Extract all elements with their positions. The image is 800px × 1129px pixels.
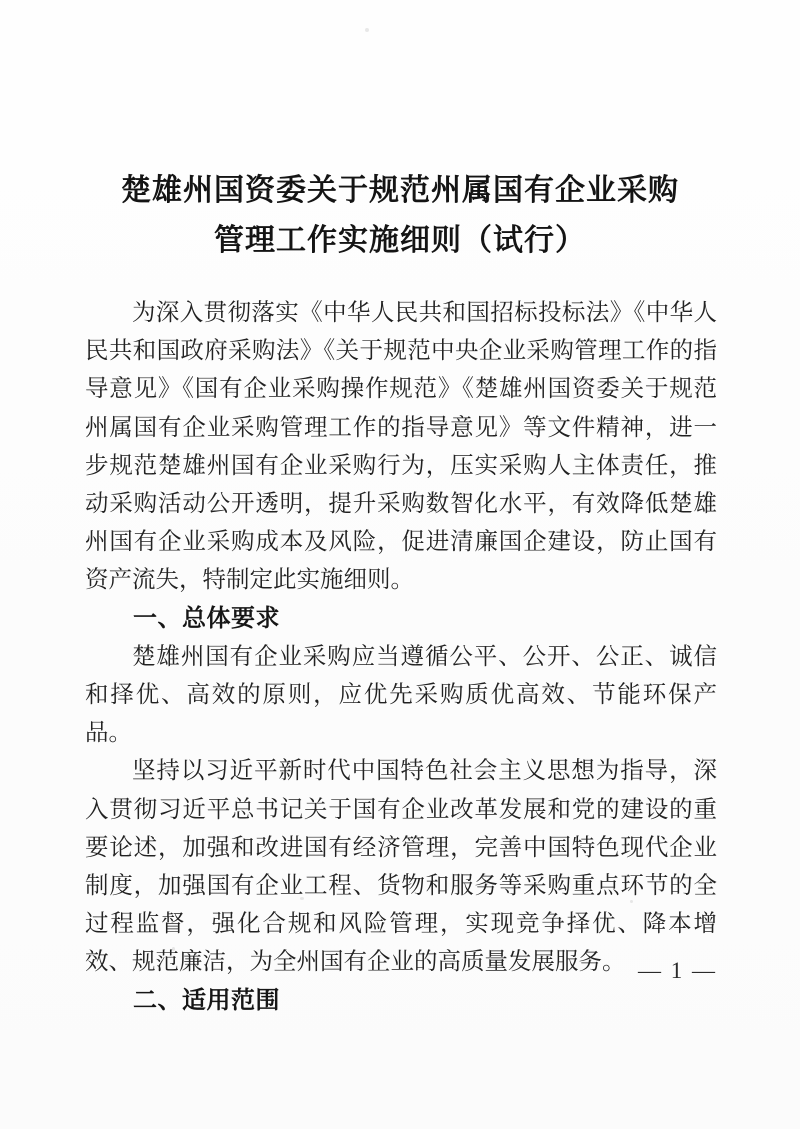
document-title-line-2: 管理工作实施细则（试行） <box>0 216 800 266</box>
paragraph-principles: 楚雄州国有企业采购应当遵循公平、公开、公正、诚信和择优、高效的原则，应优先采购质… <box>85 638 717 753</box>
document-title-line-1: 楚雄州国资委关于规范州属国有企业采购 <box>0 166 800 216</box>
scan-artifact <box>300 897 304 900</box>
scan-artifact <box>172 947 175 951</box>
scanned-document-page: 楚雄州国资委关于规范州属国有企业采购 管理工作实施细则（试行） 为深入贯彻落实《… <box>0 0 800 1129</box>
scan-artifact <box>365 28 369 32</box>
section-heading-scope-of-application: 二、适用范围 <box>85 982 717 1020</box>
page-number: — 1 — <box>638 958 717 984</box>
scan-artifact <box>630 900 633 903</box>
section-heading-overall-requirements: 一、总体要求 <box>85 600 717 638</box>
document-title: 楚雄州国资委关于规范州属国有企业采购 管理工作实施细则（试行） <box>0 166 800 266</box>
paragraph-guiding-thought: 坚持以习近平新时代中国特色社会主义思想为指导，深入贯彻习近平总书记关于国有企业改… <box>85 752 717 981</box>
paragraph-preamble: 为深入贯彻落实《中华人民共和国招标投标法》《中华人民共和国政府采购法》《关于规范… <box>85 294 717 600</box>
document-body: 为深入贯彻落实《中华人民共和国招标投标法》《中华人民共和国政府采购法》《关于规范… <box>85 294 717 1020</box>
